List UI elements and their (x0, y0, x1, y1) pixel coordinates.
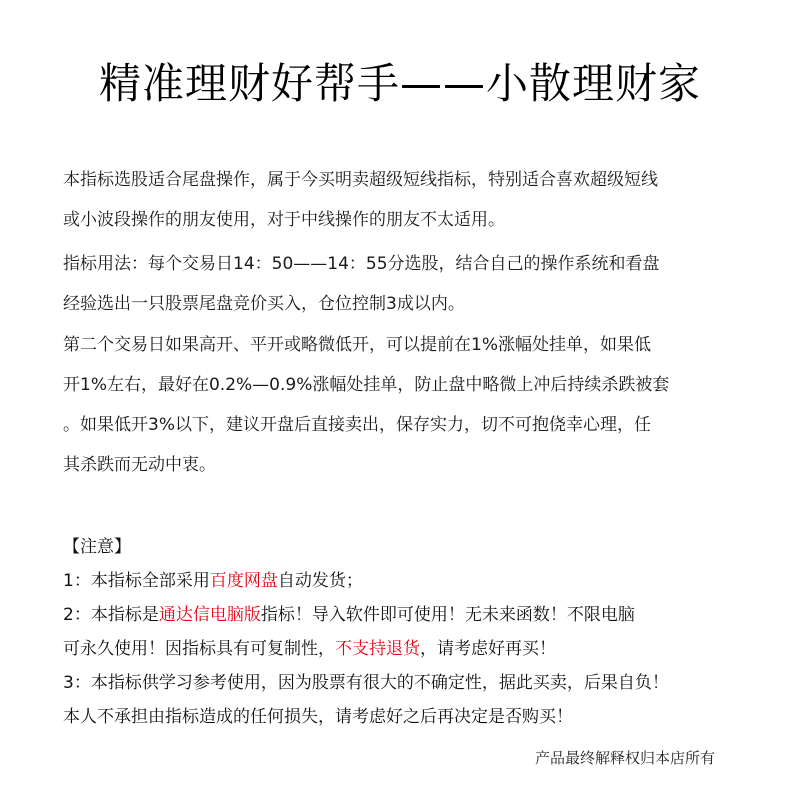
notice-item-1: 1：本指标全部采用百度网盘自动发货； (63, 564, 763, 598)
notice-item-3: 3：本指标供学习参考使用，因为股票有很大的不确定性，据此买卖，后果自负！ (63, 666, 763, 700)
text: 1：本指标全部采用 (63, 571, 210, 591)
text-line: 其杀跌而无动中衷。 (63, 445, 753, 485)
text-line: 经验选出一只股票尾盘竞价买入，仓位控制3成以内。 (63, 284, 753, 324)
text-line: 指标用法：每个交易日14：50——14：55分选股，结合自己的操作系统和看盘 (63, 244, 753, 284)
notice-section: 【注意】 1：本指标全部采用百度网盘自动发货； 2：本指标是通达信电脑版指标！导… (63, 530, 763, 734)
page-title: 精准理财好帮手——小散理财家 (0, 56, 800, 112)
strategy-paragraph: 第二个交易日如果高开、平开或略微低开，可以提前在1%涨幅处挂单，如果低 开1%左… (63, 325, 753, 485)
intro-paragraph-1: 本指标选股适合尾盘操作，属于今买明卖超级短线指标，特别适合喜欢超级短线 或小波段… (63, 160, 753, 240)
text: 可永久使用！因指标具有可复制性， (63, 639, 335, 659)
text: 指标！导入软件即可使用！无未来函数！不限电脑 (261, 605, 635, 625)
text-line: 。如果低开3%以下，建议开盘后直接卖出，保存实力，切不可抱侥幸心理，任 (63, 405, 753, 445)
text: 自动发货； (278, 571, 363, 591)
notice-item-2: 2：本指标是通达信电脑版指标！导入软件即可使用！无未来函数！不限电脑 (63, 598, 763, 632)
text: ，请考虑好再买！ (420, 639, 556, 659)
text-line: 第二个交易日如果高开、平开或略微低开，可以提前在1%涨幅处挂单，如果低 (63, 325, 753, 365)
notice-heading: 【注意】 (63, 530, 763, 564)
notice-item-2-cont: 可永久使用！因指标具有可复制性，不支持退货，请考虑好再买！ (63, 632, 763, 666)
text-line: 或小波段操作的朋友使用，对于中线操作的朋友不太适用。 (63, 200, 753, 240)
highlight-text: 百度网盘 (210, 571, 278, 591)
highlight-text: 通达信电脑版 (159, 605, 261, 625)
usage-paragraph: 指标用法：每个交易日14：50——14：55分选股，结合自己的操作系统和看盘 经… (63, 244, 753, 324)
footer-disclaimer: 产品最终解释权归本店所有 (535, 747, 715, 768)
text-line: 开1%左右，最好在0.2%—0.9%涨幅处挂单，防止盘中略微上冲后持续杀跌被套 (63, 365, 753, 405)
highlight-text: 不支持退货 (335, 639, 420, 659)
notice-item-3-cont: 本人不承担由指标造成的任何损失，请考虑好之后再决定是否购买！ (63, 700, 763, 734)
text: 2：本指标是 (63, 605, 159, 625)
text-line: 本指标选股适合尾盘操作，属于今买明卖超级短线指标，特别适合喜欢超级短线 (63, 160, 753, 200)
